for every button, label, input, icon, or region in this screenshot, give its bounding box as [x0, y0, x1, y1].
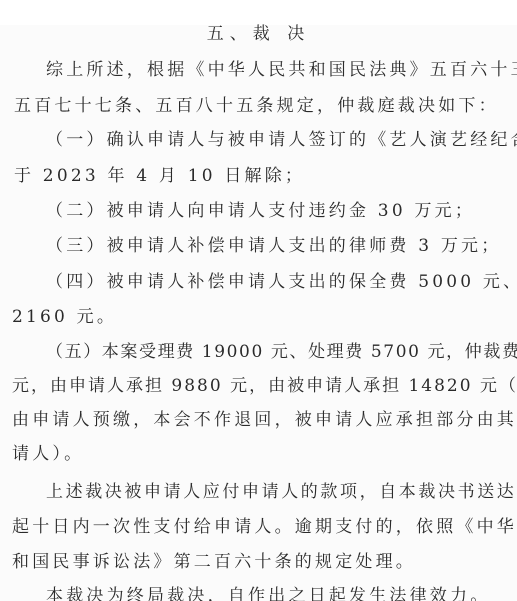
ruling-item-4: （四）被申请人补偿申请人支出的保全费 5000 元、公证费 [46, 272, 517, 292]
paragraph-line: 上述裁决被申请人应付申请人的款项，自本裁决书送达之日 [46, 482, 517, 502]
paragraph-line: 综上所述，根据《中华人民共和国民法典》五百六十三条、 [46, 60, 517, 80]
paragraph-line: 于 2023 年 4 月 10 日解除； [14, 166, 305, 186]
paragraph-line: 2160 元。 [12, 307, 117, 327]
paragraph-line: 五百七十七条、五百八十五条规定，仲裁庭裁决如下： [14, 96, 499, 116]
ruling-item-2: （二）被申请人向申请人支付违约金 30 万元； [46, 201, 475, 221]
paragraph-line: 由申请人预缴，本会不作退回，被申请人应承担部分由其迳付申 [12, 410, 517, 430]
paragraph-line: 起十日内一次性支付给申请人。逾期支付的，依照《中华人民共 [12, 517, 517, 537]
paragraph-line: 和国民事诉讼法》第二百六十条的规定处理。 [12, 552, 416, 572]
paragraph-line: 元，由申请人承担 9880 元，由被申请人承担 14820 元（该费用已 [12, 376, 517, 396]
paragraph-line: 请人）。 [12, 444, 84, 464]
ruling-item-5: （五）本案受理费 19000 元、处理费 5700 元，仲裁费共 24700 [46, 342, 517, 362]
top-margin [0, 0, 517, 25]
final-statement: 本裁决为终局裁决，自作出之日起发生法律效力。 [46, 586, 490, 601]
ruling-item-3: （三）被申请人补偿申请人支出的律师费 3 万元； [46, 236, 501, 256]
ruling-item-1: （一）确认申请人与被申请人签订的《艺人演艺经纪合同》 [46, 130, 517, 150]
section-title: 五、裁 决 [0, 24, 517, 44]
